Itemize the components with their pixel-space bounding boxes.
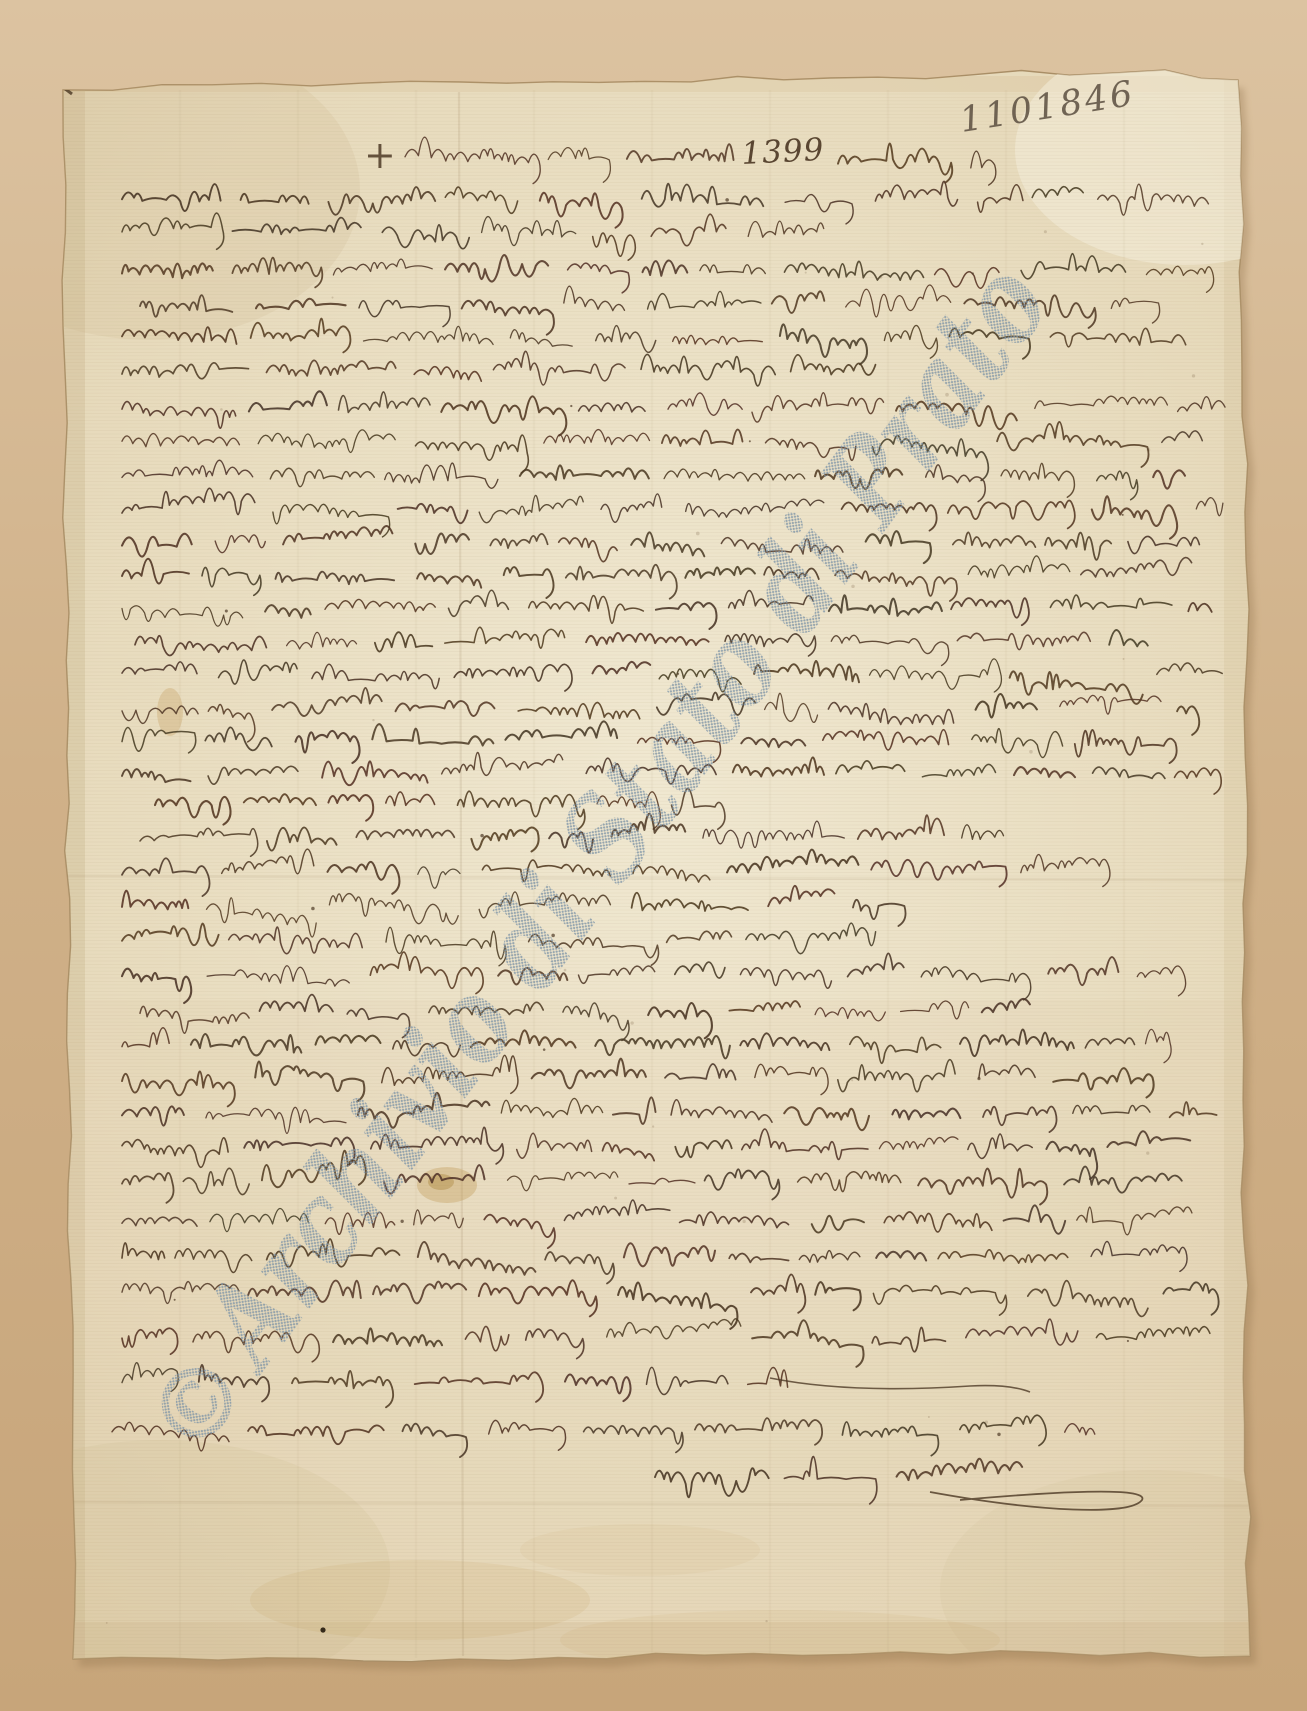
manuscript-scan: + 1399 1101846 © Archivio di Stato di Pr… xyxy=(0,0,1307,1711)
ink-dot xyxy=(749,440,751,442)
ink-dot xyxy=(1122,514,1124,516)
heading-cross-icon: + xyxy=(364,133,396,177)
ink-dot xyxy=(225,610,228,613)
ink-dot xyxy=(543,1048,546,1051)
ink-dot xyxy=(977,1077,980,1080)
ink-dot xyxy=(174,1299,176,1301)
ink-dot xyxy=(480,834,484,838)
ink-dot xyxy=(997,1433,1000,1436)
ink-dot xyxy=(570,405,572,407)
ink-dot xyxy=(311,907,315,911)
ink-dot xyxy=(725,198,729,202)
ink-dot xyxy=(1127,1340,1129,1342)
letter-1399-scan: + 1399 1101846 © Archivio di Stato di Pr… xyxy=(0,0,1307,1711)
heading-year: 1399 xyxy=(741,132,826,172)
